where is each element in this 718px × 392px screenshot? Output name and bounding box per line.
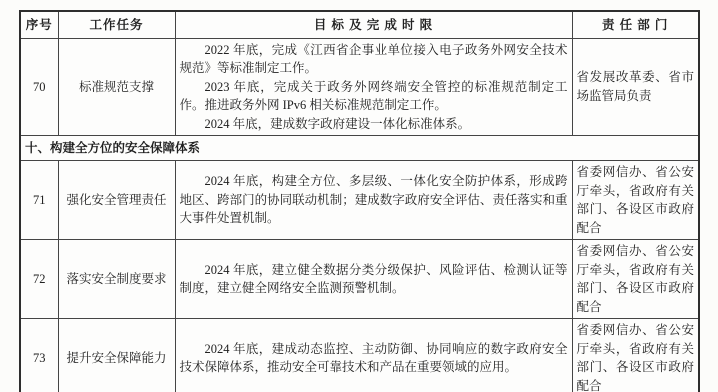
- row-number: 73: [20, 319, 58, 392]
- table-header-row: 序号 工作任务 目 标 及 完 成 时 限 责 任 部 门: [20, 11, 699, 38]
- section-header-row: 十、构建全方位的安全保障体系: [20, 136, 699, 161]
- task-cell: 落实安全制度要求: [58, 240, 175, 319]
- goal-cell: 2024 年底，构建全方位、多层级、一体化安全防护体系，形成跨地区、跨部门的协同…: [175, 161, 572, 240]
- table-row: 70 标准规范支撑 2022 年底，完成《江西省企事业单位接入电子政务外网安全技…: [20, 38, 699, 136]
- task-cell: 提升安全保障能力: [58, 319, 175, 392]
- goal-cell: 2024 年底，建成动态监控、主动防御、协同响应的数字政府安全技术保障体系，推动…: [175, 319, 572, 392]
- goal-cell: 2022 年底，完成《江西省企事业单位接入电子政务外网安全技术规范》等标准制定工…: [175, 38, 572, 136]
- dept-cell: 省委网信办、省公安厅牵头，省政府有关部门、各设区市政府配合: [572, 161, 699, 240]
- task-cell: 强化安全管理责任: [58, 161, 175, 240]
- dept-cell: 省委网信办、省公安厅牵头，省政府有关部门、各设区市政府配合: [572, 319, 699, 392]
- dept-cell: 省发展改革委、省市场监管局负责: [572, 38, 699, 136]
- table-row: 73 提升安全保障能力 2024 年底，建成动态监控、主动防御、协同响应的数字政…: [20, 319, 699, 392]
- row-number: 72: [20, 240, 58, 319]
- row-number: 71: [20, 161, 58, 240]
- header-goal: 目 标 及 完 成 时 限: [175, 11, 572, 38]
- dept-cell: 省委网信办、省公安厅牵头，省政府有关部门、各设区市政府配合: [572, 240, 699, 319]
- goal-paragraph: 2022 年底，完成《江西省企事业单位接入电子政务外网安全技术规范》等标准制定工…: [180, 41, 568, 78]
- goal-paragraph: 2024 年底，构建全方位、多层级、一体化安全防护体系，形成跨地区、跨部门的协同…: [180, 172, 568, 228]
- section-title: 十、构建全方位的安全保障体系: [20, 136, 699, 161]
- header-no: 序号: [20, 11, 58, 38]
- document-page: 序号 工作任务 目 标 及 完 成 时 限 责 任 部 门 70 标准规范支撑 …: [0, 0, 718, 392]
- work-task-table: 序号 工作任务 目 标 及 完 成 时 限 责 任 部 门 70 标准规范支撑 …: [19, 10, 700, 392]
- table-row: 72 落实安全制度要求 2024 年底，建立健全数据分类分级保护、风险评估、检测…: [20, 240, 699, 319]
- goal-cell: 2024 年底，建立健全数据分类分级保护、风险评估、检测认证等制度，建立健全网络…: [175, 240, 572, 319]
- header-dept: 责 任 部 门: [572, 11, 699, 38]
- table-row: 71 强化安全管理责任 2024 年底，构建全方位、多层级、一体化安全防护体系，…: [20, 161, 699, 240]
- goal-paragraph: 2024 年底，建成动态监控、主动防御、协同响应的数字政府安全技术保障体系，推动…: [180, 340, 568, 377]
- goal-paragraph: 2024 年底，建成数字政府建设一体化标准体系。: [180, 115, 568, 134]
- goal-paragraph: 2023 年底，完成关于政务外网终端安全管控的标准规范制定工作。推进政务外网 I…: [180, 78, 568, 115]
- row-number: 70: [20, 38, 58, 136]
- task-cell: 标准规范支撑: [58, 38, 175, 136]
- header-task: 工作任务: [58, 11, 175, 38]
- goal-paragraph: 2024 年底，建立健全数据分类分级保护、风险评估、检测认证等制度，建立健全网络…: [180, 261, 568, 298]
